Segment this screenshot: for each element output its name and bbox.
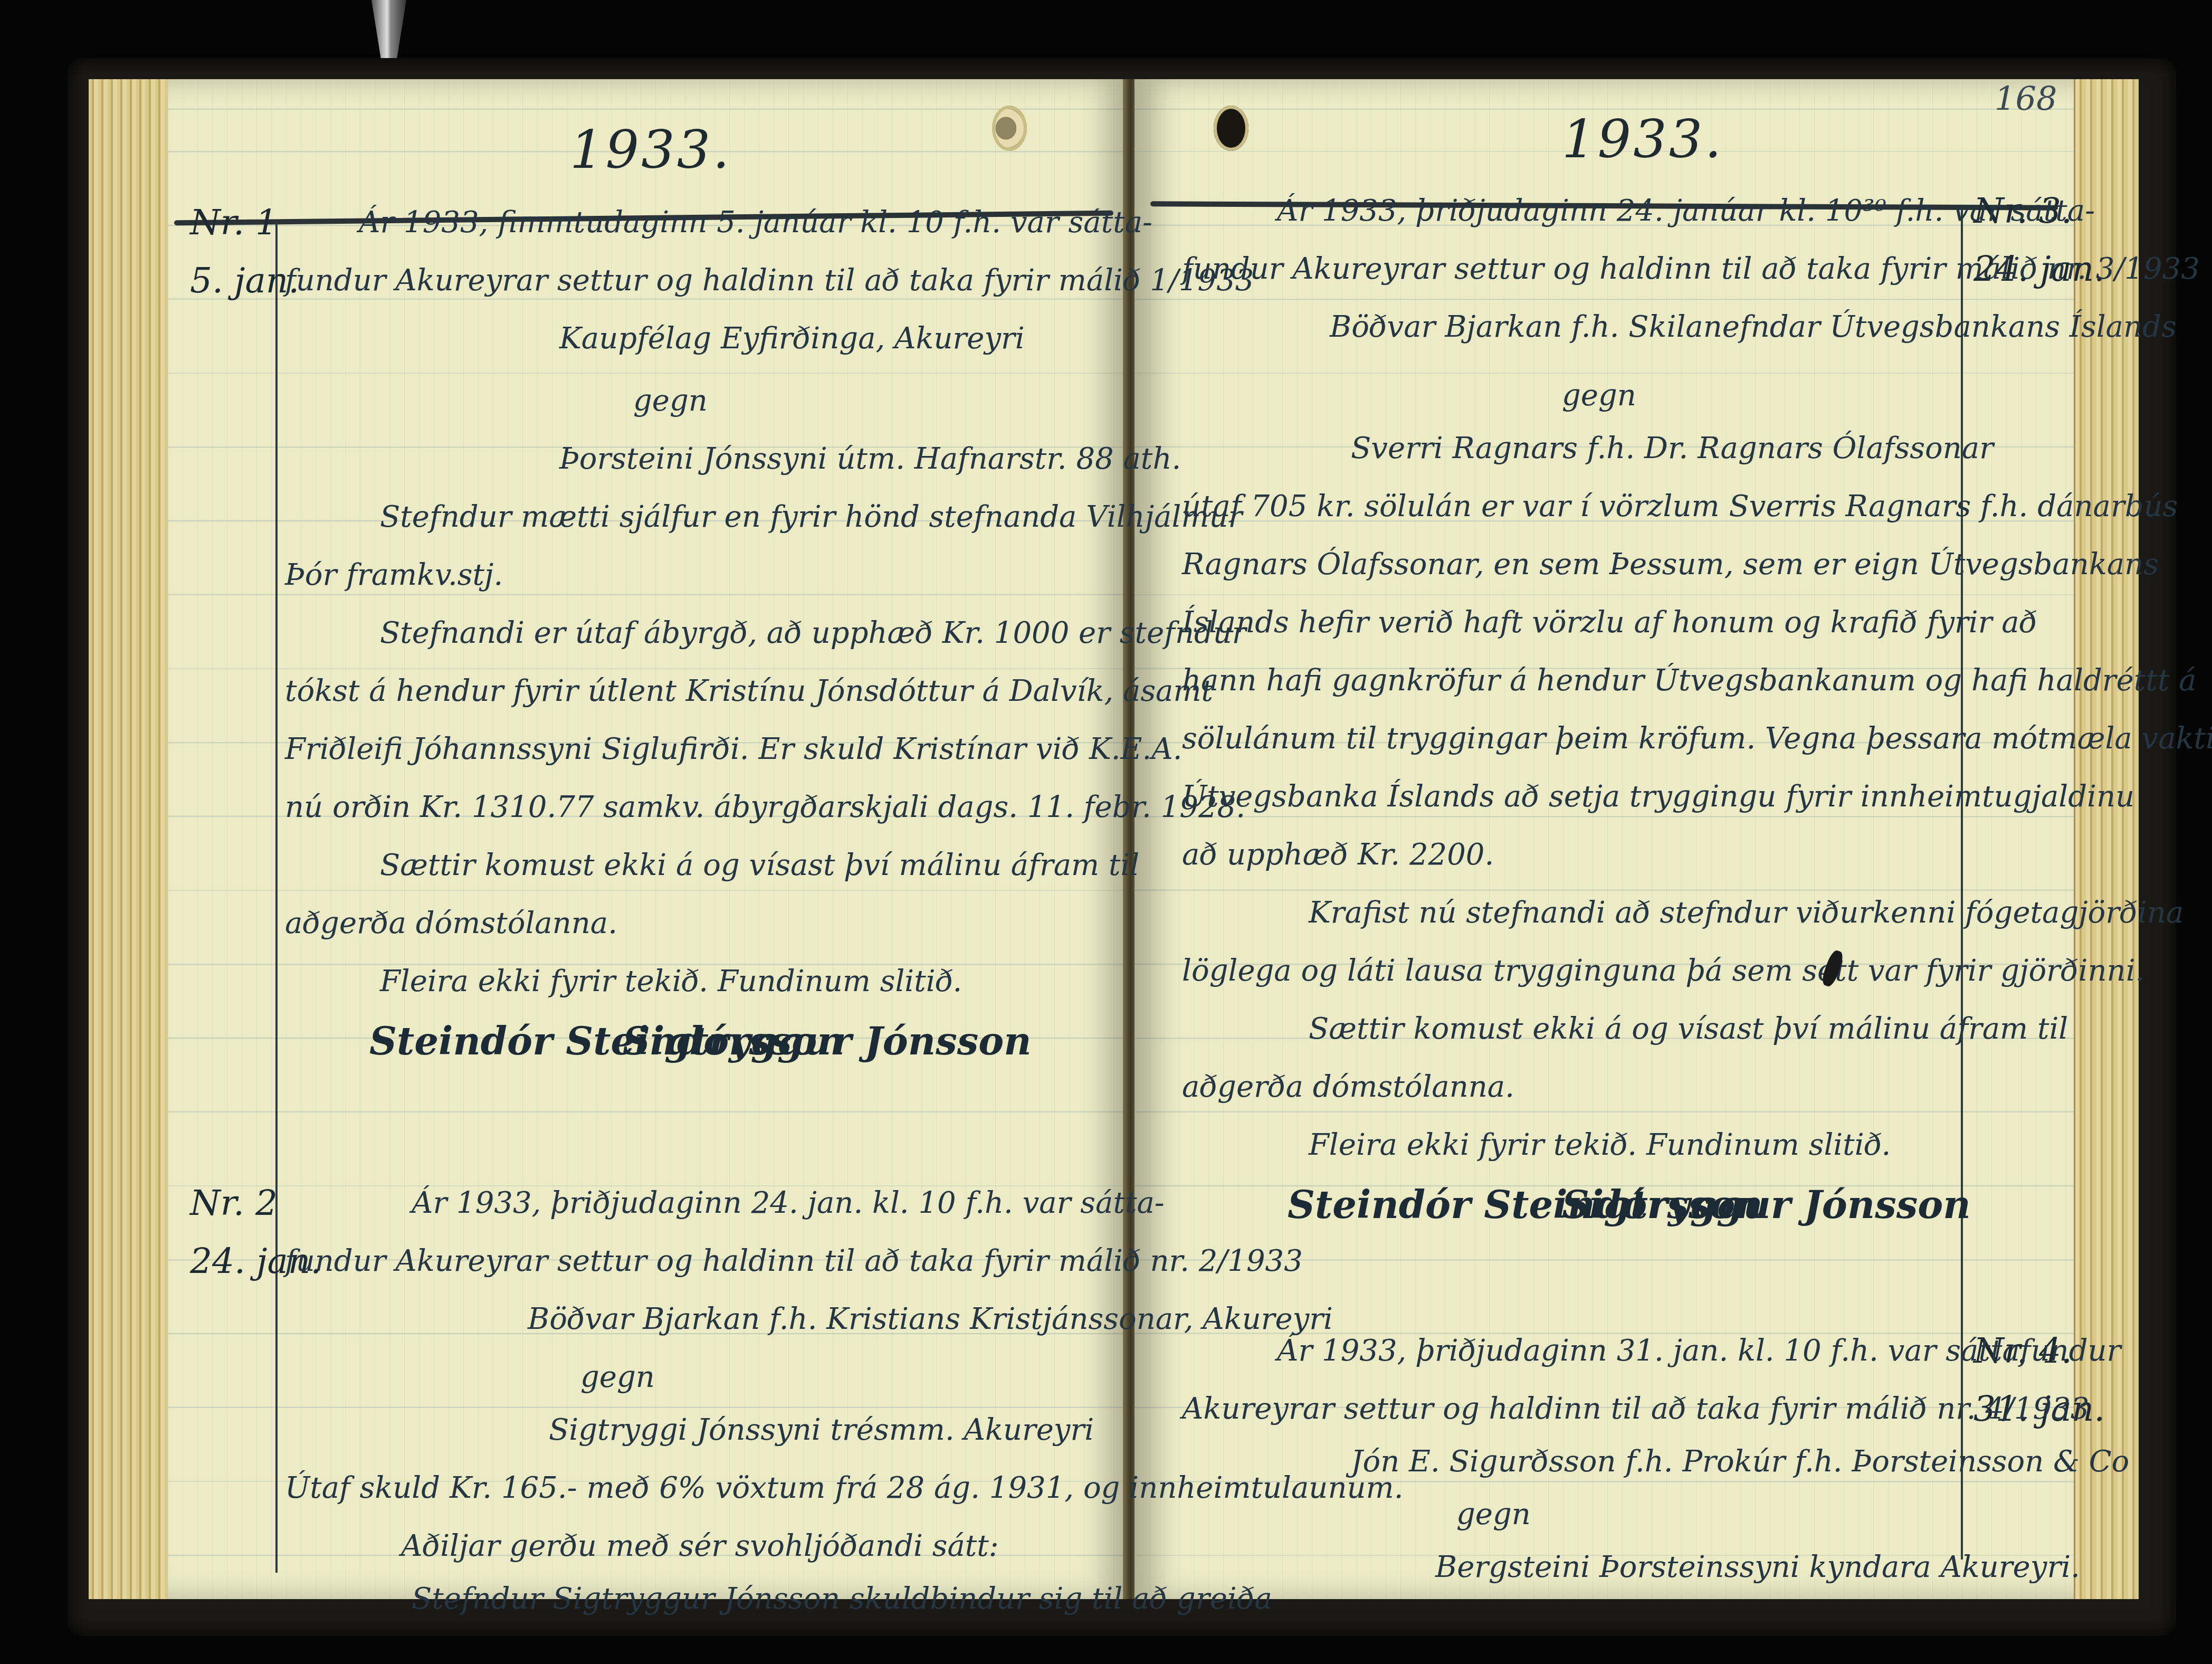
signature-member: Sigtryggur Jónsson	[623, 1019, 1032, 1063]
left-year-heading: 1933.	[570, 119, 731, 180]
entry-4-line: Bergsteini Þorsteinssyni kyndara Akureyr…	[1435, 1530, 2080, 1604]
page-number: 168	[1995, 79, 2057, 118]
signature-member: Sigtryggur Jónsson	[1562, 1182, 1971, 1227]
left-fore-edge	[89, 79, 169, 1599]
entry-1-line: Fleira ekki fyrir tekið. Fundinum slitið…	[380, 945, 962, 1019]
entry-2-line: Stefndur Sigtryggur Jónsson skuldbindur …	[412, 1562, 1272, 1636]
left-margin-rule	[275, 222, 278, 1573]
entry-3-line: Fleira ekki fyrir tekið. Fundinum slitið…	[1309, 1108, 1891, 1182]
right-year-heading: 1933.	[1562, 108, 1723, 170]
punch-hole-left	[992, 106, 1027, 151]
entry-1-line: Kaupfélag Eyfirðinga, Akureyri	[559, 302, 1025, 376]
entry-1-line: Stefndur mætti sjálfur en fyrir hönd ste…	[380, 480, 1242, 554]
entry-1-date: 5. jan.	[190, 244, 299, 318]
punch-hole-right	[1214, 106, 1248, 151]
entry-3-line: Böðvar Bjarkan f.h. Skilanefndar Útvegsb…	[1330, 290, 2177, 364]
